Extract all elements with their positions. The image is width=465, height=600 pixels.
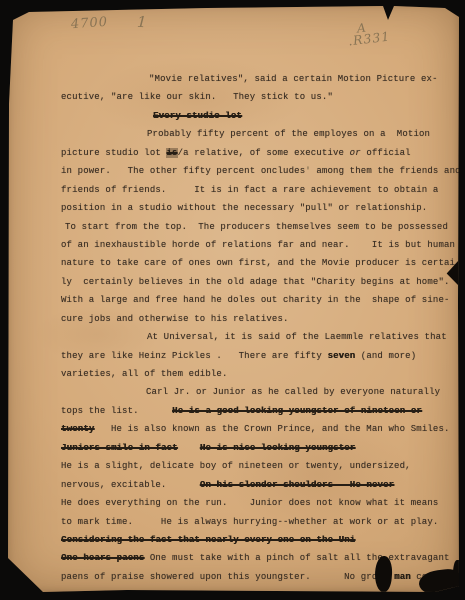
typed-text: picture studio lot bbox=[61, 148, 166, 158]
typed-line: friends of friends. It is in fact a rare… bbox=[61, 181, 457, 199]
ink-blot bbox=[453, 560, 463, 594]
typed-line: ecutive, "are like our skin. They stick … bbox=[61, 88, 457, 106]
typed-text: tops the list. bbox=[61, 406, 172, 416]
typed-text: Probably fifty percent of the employes o… bbox=[147, 129, 430, 139]
typed-text: official bbox=[361, 148, 411, 158]
typed-text: To start from the top. The producers the… bbox=[65, 222, 448, 232]
typed-text: cure jobs and otherwise to his relatives… bbox=[61, 314, 289, 324]
typed-text: He does everything on the run. Junior do… bbox=[61, 498, 438, 508]
typed-line: of an inexhaustible horde of relations f… bbox=[61, 236, 457, 254]
typed-line: To start from the top. The producers the… bbox=[61, 218, 457, 236]
typed-text: man bbox=[394, 572, 411, 582]
typed-text: friends of friends. It is in fact a rare… bbox=[61, 185, 438, 195]
struck-text: Every studio lot bbox=[153, 111, 242, 121]
photographed-document: { "meta": { "description": "Scanned type… bbox=[0, 0, 465, 600]
typed-line: position in a studio without the necessa… bbox=[61, 199, 457, 217]
pencil-annotation: 1 bbox=[137, 13, 148, 32]
typed-line: nervous, excitable. On his slender shoul… bbox=[61, 476, 457, 494]
typed-text: nervous, excitable. bbox=[61, 480, 200, 490]
typed-text: /a relative, of some executive bbox=[178, 148, 350, 158]
ink-blot bbox=[374, 555, 393, 592]
typed-text: in power. The other fifty percent onclud… bbox=[61, 166, 305, 176]
typed-line: in power. The other fifty percent onclud… bbox=[61, 162, 457, 180]
typed-text: they are like Heinz Pickles . There are … bbox=[61, 351, 327, 361]
typed-text: With a large and free hand he doles out … bbox=[61, 295, 450, 305]
typed-text: Carl Jr. or Junior as he called by every… bbox=[146, 387, 440, 397]
typed-text: paens of praise showered upon this young… bbox=[61, 572, 394, 582]
typed-line: "Movie relatives", said a certain Motion… bbox=[61, 70, 457, 88]
typed-line: He is a slight, delicate boy of nineteen… bbox=[61, 457, 457, 475]
struck-text: He is nice looking youngster bbox=[200, 443, 355, 453]
typed-line: Considering the fact that nearly every o… bbox=[61, 531, 457, 549]
typed-text: nature to take care of ones own first, a… bbox=[61, 258, 455, 268]
typed-text: position in a studio without the necessa… bbox=[61, 203, 427, 213]
typed-line: Probably fifty percent of the employes o… bbox=[61, 125, 457, 143]
struck-text: Considering the fact that nearly every o… bbox=[61, 535, 355, 545]
typed-line: cure jobs and otherwise to his relatives… bbox=[61, 310, 457, 328]
typed-text bbox=[178, 443, 200, 453]
typed-line: picture studio lot is/a relative, of som… bbox=[61, 144, 457, 162]
typed-line: ly certainly believes in the old adage t… bbox=[61, 273, 457, 291]
typed-text: He is a slight, delicate boy of nineteen… bbox=[61, 461, 411, 471]
typed-line: With a large and free hand he doles out … bbox=[61, 291, 457, 309]
typed-text: "Movie relatives", said a certain Motion… bbox=[149, 74, 438, 84]
struck-text: He is a good looking youngster of ninete… bbox=[172, 406, 422, 416]
typed-line: twenty He is also known as the Crown Pri… bbox=[61, 420, 457, 438]
typed-line: tops the list. He is a good looking youn… bbox=[61, 402, 457, 420]
typed-line: Every studio lot bbox=[61, 107, 457, 125]
pencil-annotation: 4700 bbox=[71, 15, 109, 33]
typed-text: varieties, all of them edible. bbox=[61, 369, 228, 379]
manuscript-page: 47001A.R331 "Movie relatives", said a ce… bbox=[7, 4, 459, 592]
struck-text: is bbox=[166, 148, 177, 158]
typed-line: varieties, all of them edible. bbox=[61, 365, 457, 383]
typed-text: One must take with a pinch of salt all t… bbox=[144, 553, 449, 563]
typed-text: ly certainly believes in the old adage t… bbox=[61, 277, 450, 287]
typed-text: among them the friends and bbox=[311, 166, 461, 176]
typed-text: (and more) bbox=[355, 351, 416, 361]
typed-text: ecutive, "are like our skin. They stick … bbox=[61, 92, 333, 102]
typed-line: One hears paens One must take with a pin… bbox=[61, 549, 457, 567]
typed-line: At Universal, it is said of the Laemmle … bbox=[61, 328, 457, 346]
typed-text: or bbox=[350, 148, 361, 158]
struck-text: On his slender shoulders He never bbox=[200, 480, 394, 490]
struck-text: One hears paens bbox=[61, 553, 144, 563]
struck-text: Juniors smile in fact bbox=[61, 443, 178, 453]
typed-line: Juniors smile in fact He is nice looking… bbox=[61, 439, 457, 457]
typed-text: to mark time. He is always hurrying--whe… bbox=[61, 517, 438, 527]
typed-line: He does everything on the run. Junior do… bbox=[61, 494, 457, 512]
typed-line: nature to take care of ones own first, a… bbox=[61, 254, 457, 272]
typed-text: seven bbox=[327, 351, 355, 361]
typed-text: At Universal, it is said of the Laemmle … bbox=[147, 332, 447, 342]
typed-lines: "Movie relatives", said a certain Motion… bbox=[61, 70, 457, 586]
pencil-annotation: .R331 bbox=[347, 28, 391, 48]
typed-line: paens of praise showered upon this young… bbox=[61, 568, 457, 586]
typed-line: Carl Jr. or Junior as he called by every… bbox=[61, 383, 457, 401]
typed-text: He is also known as the Crown Prince, an… bbox=[94, 424, 449, 434]
typed-text: of an inexhaustible horde of relations f… bbox=[61, 240, 455, 250]
typed-line: to mark time. He is always hurrying--whe… bbox=[61, 513, 457, 531]
struck-text: twenty bbox=[61, 424, 94, 434]
typed-line: they are like Heinz Pickles . There are … bbox=[61, 347, 457, 365]
